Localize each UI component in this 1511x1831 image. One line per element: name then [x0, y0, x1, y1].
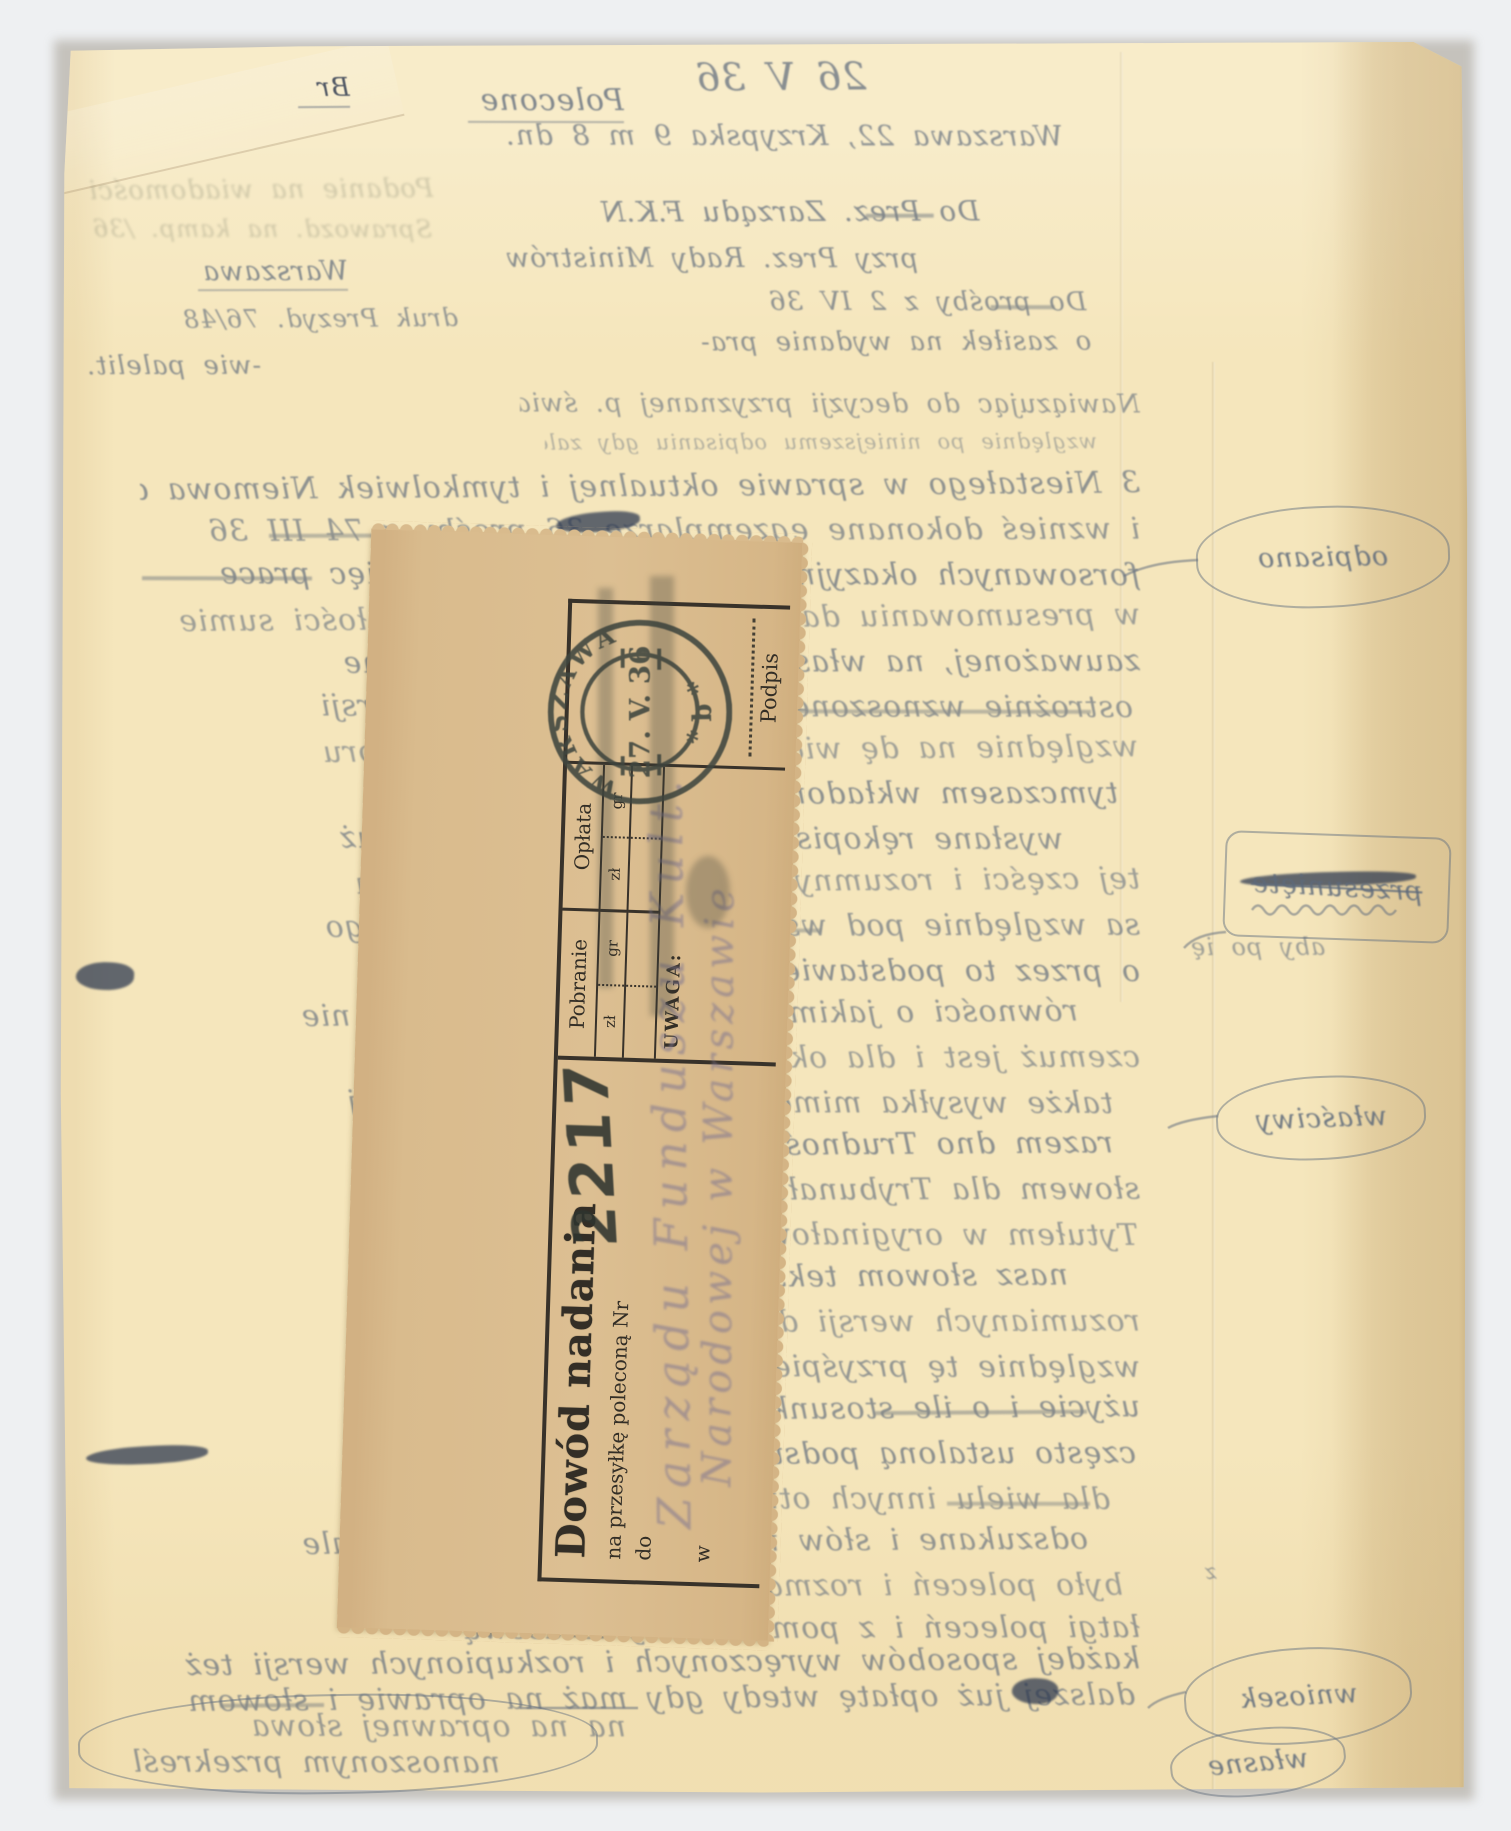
postmark-bottom-text: * b *	[680, 671, 718, 751]
annotation-word: własne	[1206, 1742, 1310, 1782]
handwritten-receipt-number: 2217	[552, 1059, 633, 1248]
annotation-word: właściwy	[1255, 1100, 1388, 1136]
ink-smudge	[686, 856, 730, 928]
receipt-handwritten-address: Narodowej w Warszawie	[694, 883, 743, 1487]
margin-annotation: własne	[1167, 1719, 1349, 1805]
svg-text:WARSZAWA 11: WARSZAWA 11	[544, 616, 633, 808]
podpis-label: Podpis	[755, 609, 790, 768]
ink-smear	[650, 576, 674, 1016]
margin-annotation: przesunięte	[1222, 830, 1452, 944]
w-label: w	[691, 1545, 714, 1563]
postmark-ring-text: WARSZAWA 11	[544, 616, 633, 808]
postmark-stamp: WARSZAWA 11 * b * 27. V. 36	[544, 616, 736, 808]
do-label: do	[632, 1535, 655, 1561]
scanned-document: 26 V 36PoleconeBrWarszawa 22, Krzypska 9…	[0, 0, 1511, 1831]
nr-label: na przesyłkę poleconą Nr	[602, 1301, 632, 1560]
margin-annotation	[77, 1689, 599, 1798]
annotation-word: wniosek	[1238, 1677, 1358, 1714]
annotation-word: przesunięte	[1251, 867, 1424, 907]
annotation-word: odpisano	[1257, 540, 1389, 573]
fee-col-pobranie: Pobranie	[558, 911, 599, 1057]
ink-smear	[598, 588, 613, 988]
unit-zl: zł	[596, 984, 624, 1058]
svg-text:* b *: * b *	[680, 671, 718, 751]
margin-annotation: właściwy	[1214, 1071, 1428, 1166]
margin-annotation: odpisano	[1194, 502, 1451, 613]
